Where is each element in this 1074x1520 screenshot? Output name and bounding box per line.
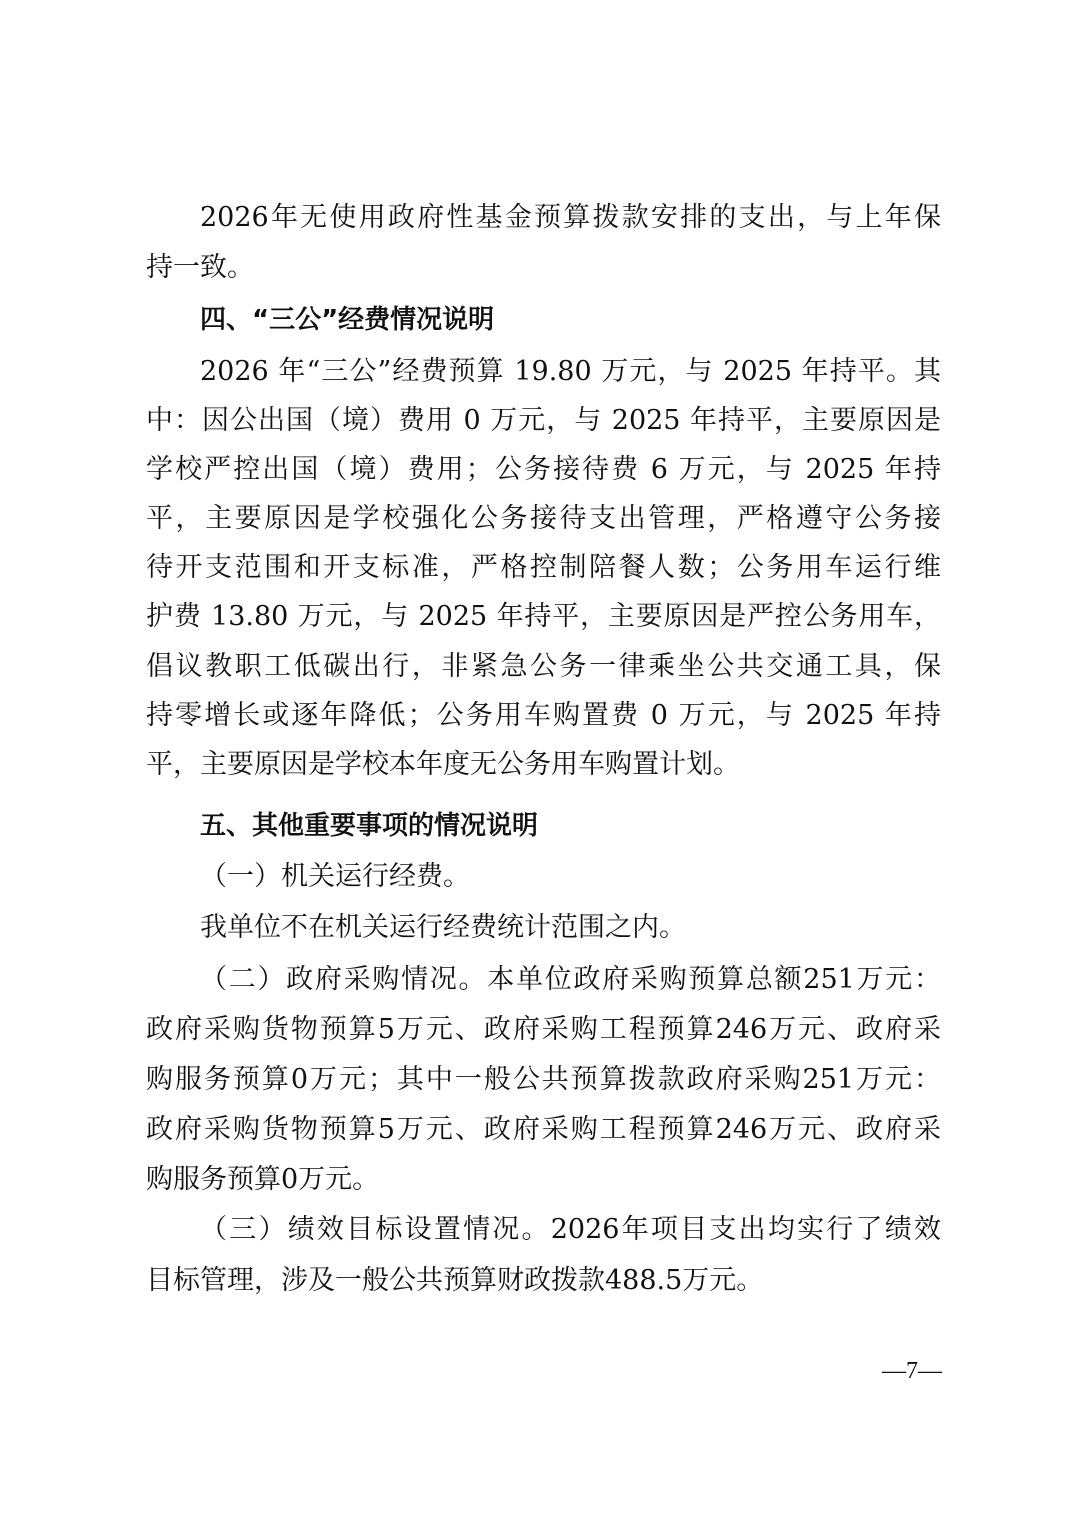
paragraph-line: 购服务预算0万元；其中一般公共预算拨款政府采购251万元：	[146, 1060, 941, 1100]
paragraph-line: （三）绩效目标设置情况。2026年项目支出均实行了绩效	[200, 1210, 941, 1250]
paragraph-line: 护费 13.80 万元，与 2025 年持平，主要原因是严控公务用车，	[146, 597, 941, 637]
paragraph-line: 倡议教职工低碳出行，非紧急公务一律乘坐公共交通工具，保	[146, 647, 941, 687]
section-heading-5: 五、其他重要事项的情况说明	[200, 806, 941, 846]
paragraph-line: 平，主要原因是学校强化公务接待支出管理，严格遵守公务接	[146, 499, 941, 539]
paragraph-line: 待开支范围和开支标准，严格控制陪餐人数；公务用车运行维	[146, 548, 941, 588]
paragraph-line: 学校严控出国（境）费用；公务接待费 6 万元，与 2025 年持	[146, 450, 941, 490]
paragraph-line: 2026年无使用政府性基金预算拨款安排的支出，与上年保	[200, 198, 941, 238]
paragraph-line: 政府采购货物预算5万元、政府采购工程预算246万元、政府采	[146, 1010, 941, 1050]
paragraph-line: 持一致。	[146, 248, 941, 288]
paragraph-line: 我单位不在机关运行经费统计范围之内。	[200, 908, 941, 948]
paragraph-line: 政府采购货物预算5万元、政府采购工程预算246万元、政府采	[146, 1110, 941, 1150]
paragraph-line: 购服务预算0万元。	[146, 1160, 941, 1200]
paragraph-line: （二）政府采购情况。本单位政府采购预算总额251万元：	[200, 960, 941, 1000]
paragraph-line: 目标管理，涉及一般公共预算财政拨款488.5万元。	[146, 1261, 941, 1301]
paragraph-line: 平，主要原因是学校本年度无公务用车购置计划。	[146, 745, 941, 785]
section-heading-4: 四、“三公”经费情况说明	[200, 300, 941, 340]
paragraph-line: 中：因公出国（境）费用 0 万元，与 2025 年持平，主要原因是	[146, 401, 941, 441]
subsection-title-1: （一）机关运行经费。	[200, 857, 941, 897]
paragraph-line: 持零增长或逐年降低；公务用车购置费 0 万元，与 2025 年持	[146, 696, 941, 736]
document-page: 2026年无使用政府性基金预算拨款安排的支出，与上年保 持一致。 四、“三公”经…	[0, 0, 1074, 1520]
paragraph-line: 2026 年“三公”经费预算 19.80 万元，与 2025 年持平。其	[200, 352, 941, 392]
page-number: —7—	[870, 1356, 942, 1386]
